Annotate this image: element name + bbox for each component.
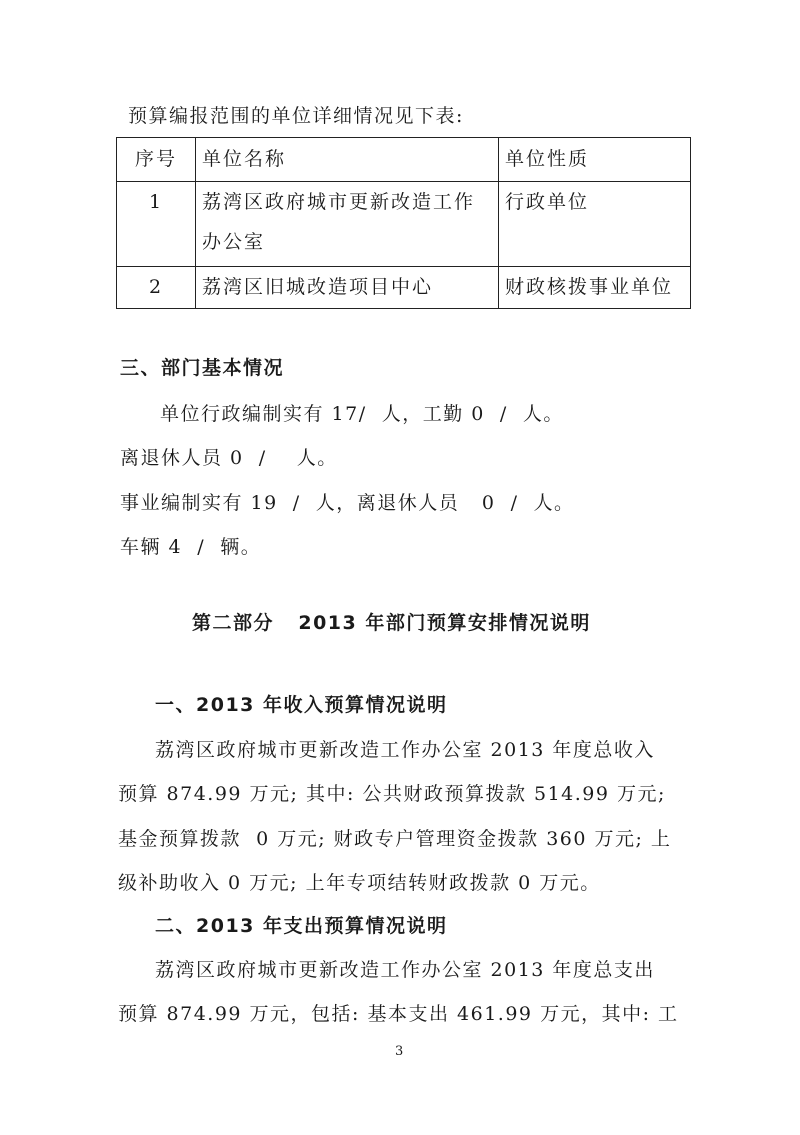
header-name: 单位名称 xyxy=(196,138,499,182)
section3-heading: 三、部门基本情况 xyxy=(120,356,284,380)
staff-line: 单位行政编制实有 17/ 人，工勤 0 / 人。 xyxy=(160,402,564,426)
cell-name: 荔湾区旧城改造项目中心 xyxy=(196,267,499,309)
income-line-3: 基金预算拨款 0 万元; 财政专户管理资金拨款 360 万元; 上 xyxy=(118,827,671,851)
income-line-2: 预算 874.99 万元; 其中: 公共财政预算拨款 514.99 万元; xyxy=(118,782,666,806)
income-line-1: 荔湾区政府城市更新改造工作办公室 2013 年度总收入 xyxy=(155,738,655,762)
expense-line-2: 预算 874.99 万元，包括: 基本支出 461.99 万元，其中: 工 xyxy=(118,1002,679,1026)
cell-seq: 1 xyxy=(117,182,196,267)
table-row: 1 荔湾区政府城市更新改造工作办公室 行政单位 xyxy=(117,182,691,267)
table-row: 2 荔湾区旧城改造项目中心 财政核拨事业单位 xyxy=(117,267,691,309)
institution-line: 事业编制实有 19 / 人，离退休人员 0 / 人。 xyxy=(120,491,575,515)
cell-type: 行政单位 xyxy=(499,182,691,267)
cell-seq: 2 xyxy=(117,267,196,309)
vehicle-line: 车辆 4 / 辆。 xyxy=(120,535,261,559)
units-table: 序号 单位名称 单位性质 1 荔湾区政府城市更新改造工作办公室 行政单位 2 荔… xyxy=(116,137,691,309)
cell-type: 财政核拨事业单位 xyxy=(499,267,691,309)
part2-title: 第二部分 2013 年部门预算安排情况说明 xyxy=(192,611,591,635)
table-header-row: 序号 单位名称 单位性质 xyxy=(117,138,691,182)
header-seq: 序号 xyxy=(117,138,196,182)
cell-name: 荔湾区政府城市更新改造工作办公室 xyxy=(196,182,499,267)
retired-line: 离退休人员 0 / 人。 xyxy=(120,446,338,470)
income-line-4: 级补助收入 0 万元; 上年专项结转财政拨款 0 万元。 xyxy=(118,871,601,895)
page-number: 3 xyxy=(395,1044,403,1059)
expense-heading: 二、2013 年支出预算情况说明 xyxy=(155,914,448,938)
income-heading: 一、2013 年收入预算情况说明 xyxy=(155,693,448,717)
header-type: 单位性质 xyxy=(499,138,691,182)
expense-line-1: 荔湾区政府城市更新改造工作办公室 2013 年度总支出 xyxy=(155,958,655,982)
intro-text: 预算编报范围的单位详细情况见下表: xyxy=(128,104,464,128)
